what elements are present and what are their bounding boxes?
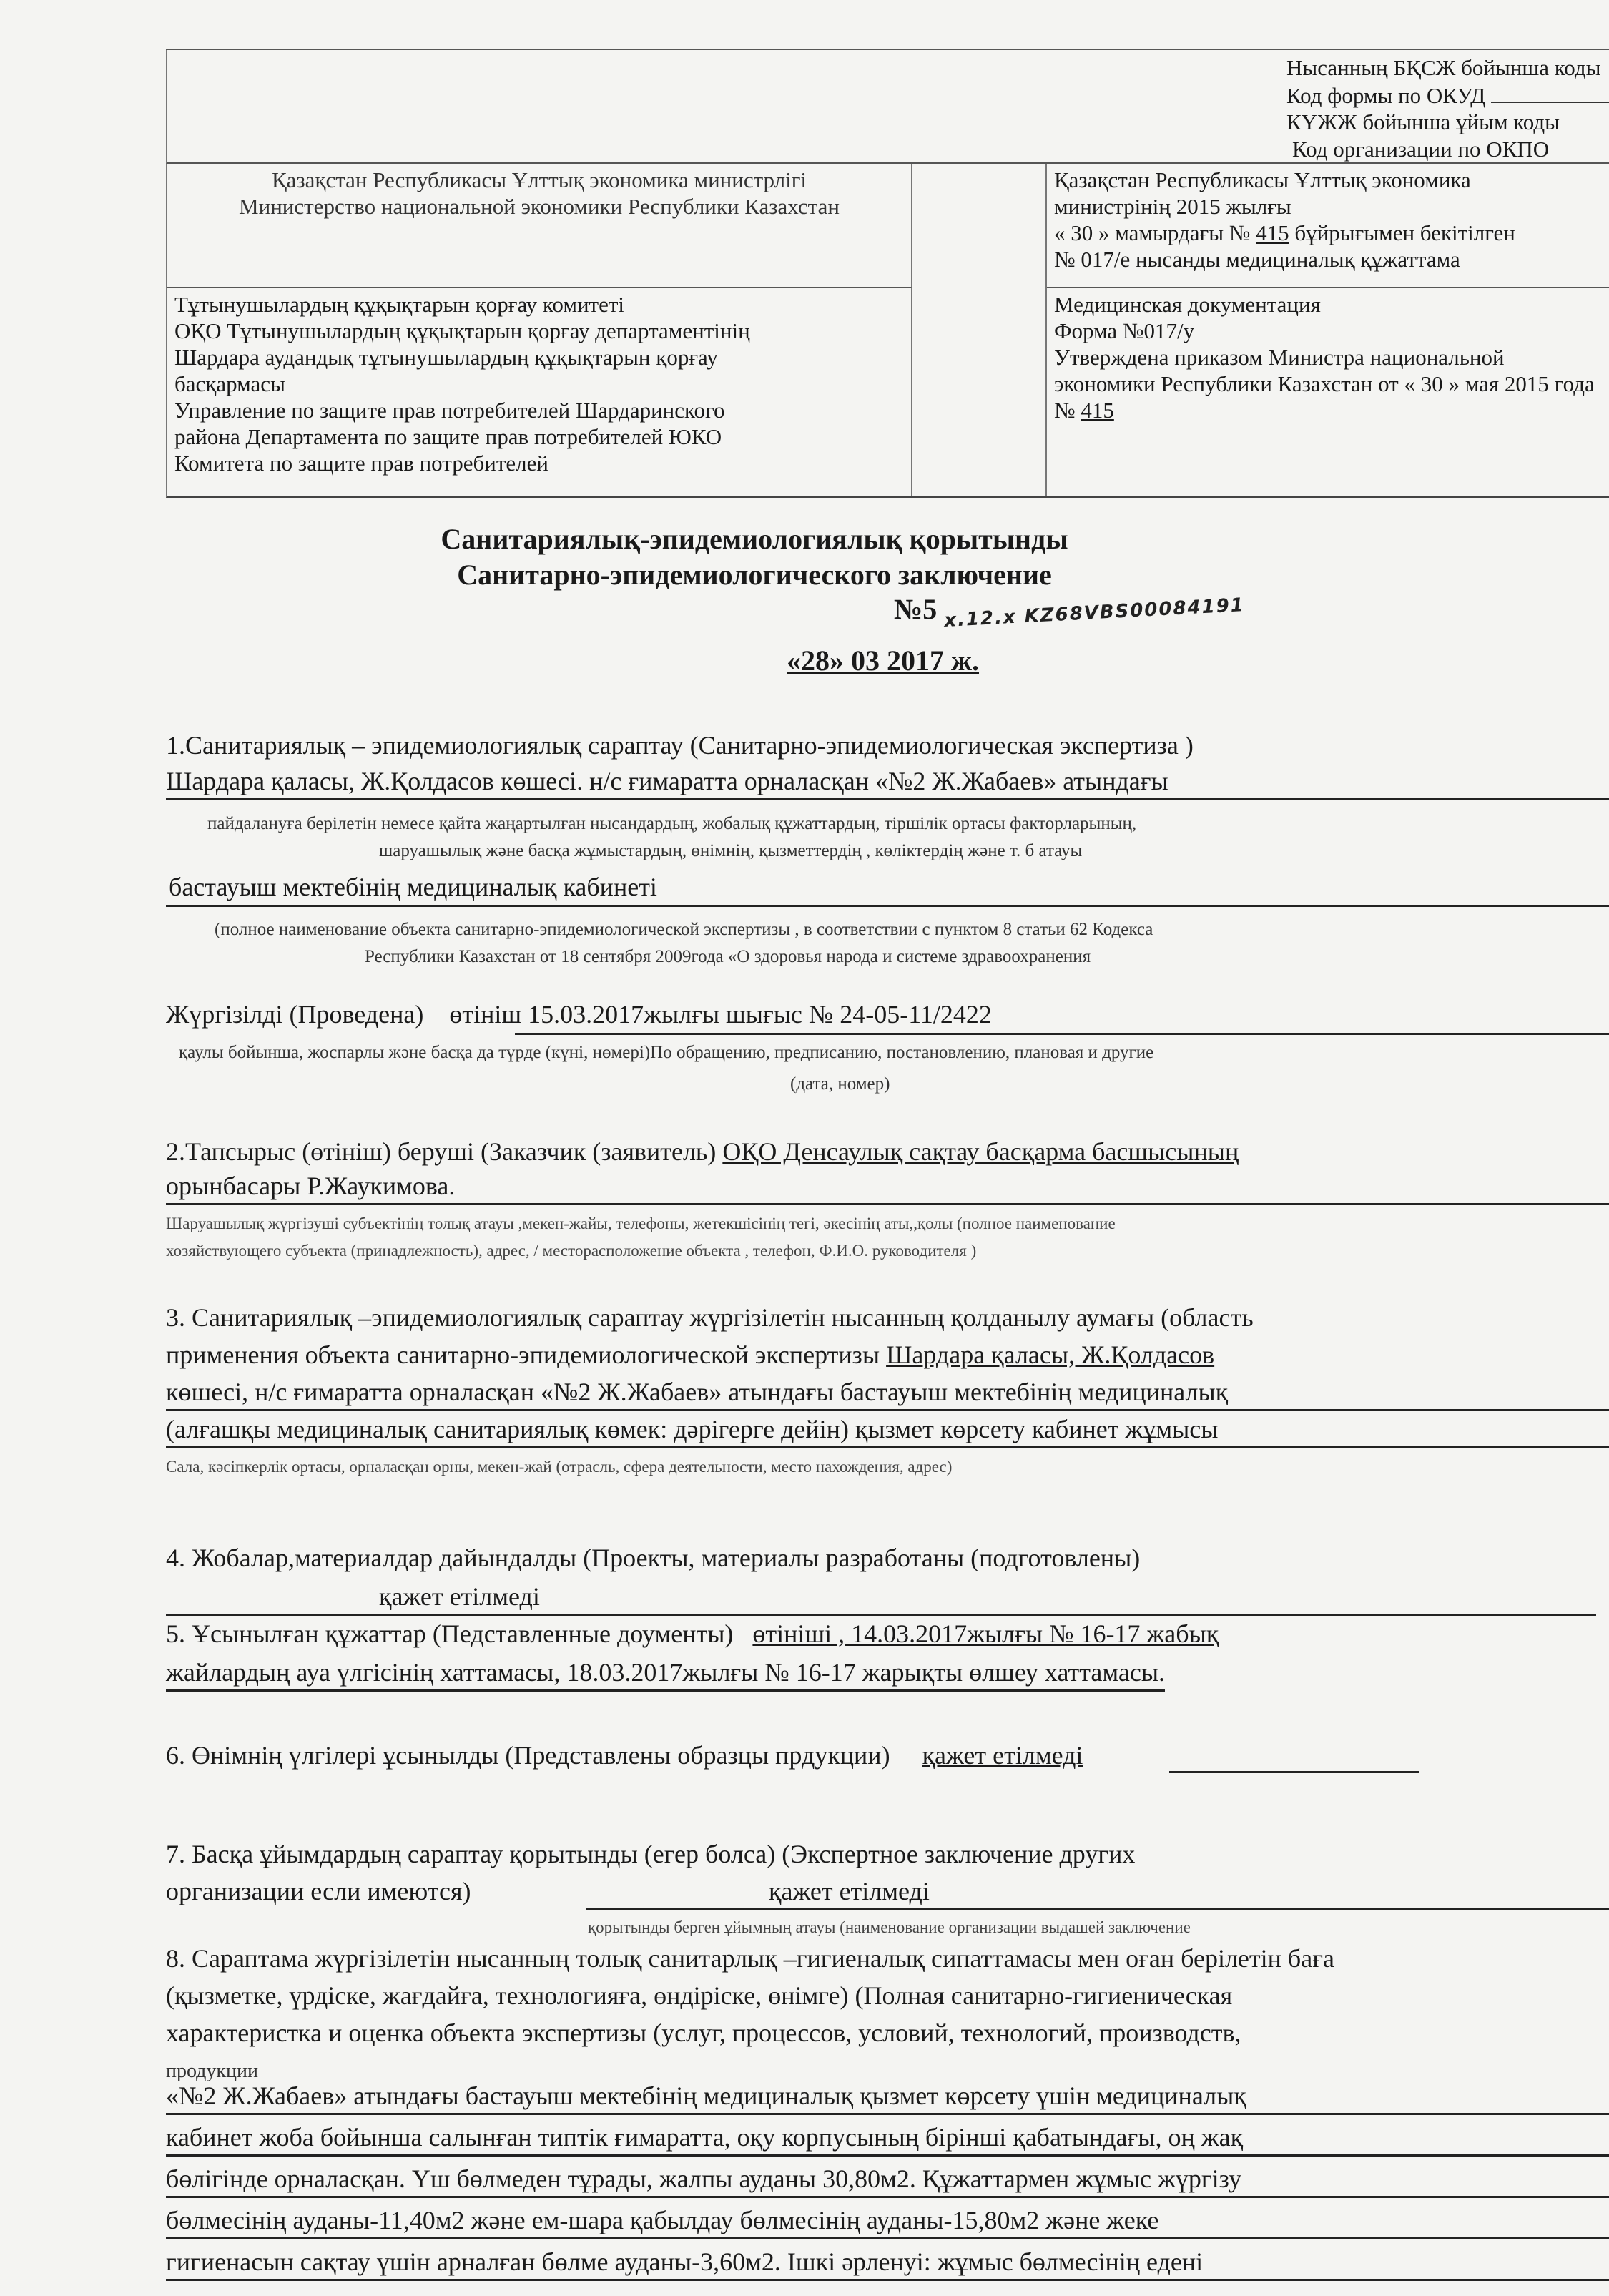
s7-value: қажет етілмеді bbox=[769, 1875, 930, 1907]
document-page: Нысанның БҚСЖ бойынша коды Код формы по … bbox=[0, 0, 1609, 2296]
s2-customer-value: ОҚО Денсаулық сақтау басқарма басшысының bbox=[722, 1137, 1239, 1166]
header-spacer-cell bbox=[912, 164, 1047, 496]
handwritten-number: x.12.x KZ68VBS00084191 bbox=[944, 594, 1246, 632]
form-number: Форма №017/у bbox=[1054, 318, 1609, 344]
s8-value-line: гигиенасын сақтау үшін арналған бөлме ау… bbox=[166, 2246, 1609, 2281]
committee-line: Управление по защите прав потребителей Ш… bbox=[174, 397, 904, 423]
s2-underline bbox=[166, 1203, 1609, 1205]
s6-label: 6. Өнімнің үлгілері ұсынылды (Представле… bbox=[166, 1741, 890, 1770]
committee-line: Шардара аудандық тұтынушылардың құқықтар… bbox=[174, 344, 904, 371]
s3-location-value: Шардара қаласы, Ж.Қолдасов bbox=[886, 1340, 1214, 1369]
approval-ru-line: Медицинская документация bbox=[1054, 291, 1609, 318]
s2-label: 2.Тапсырыс (өтініш) беруші (Заказчик (за… bbox=[166, 1137, 716, 1166]
ministry-kz: Қазақстан Республикасы Ұлттық экономика … bbox=[174, 167, 904, 193]
s7-label: организации если имеются) bbox=[166, 1877, 471, 1905]
header-table: Нысанның БҚСЖ бойынша коды Код формы по … bbox=[166, 49, 1609, 498]
s3-label: применения объекта санитарно-эпидемиолог… bbox=[166, 1340, 880, 1369]
s2-line-2: орынбасары Р.Жаукимова. bbox=[166, 1170, 455, 1202]
approval-kz-line: Қазақстан Республикасы Ұлттық экономика bbox=[1054, 167, 1609, 193]
s1-underline bbox=[166, 905, 1609, 907]
approval-kz-line: министрінің 2015 жылғы bbox=[1054, 193, 1609, 220]
code-okud: Код формы по ОКУД bbox=[1286, 83, 1485, 108]
s7-line-1: 7. Басқа ұйымдардың сараптау қорытынды (… bbox=[166, 1838, 1135, 1870]
committee-line: района Департамента по защите прав потре… bbox=[174, 423, 904, 450]
s8-value-line: «№2 Ж.Жабаев» атындағы бастауыш мектебін… bbox=[166, 2080, 1609, 2115]
s3-line-4: (алғашқы медициналық санитариялық көмек:… bbox=[166, 1413, 1609, 1448]
s3-line-2: применения объекта санитарно-эпидемиолог… bbox=[166, 1339, 1214, 1370]
code-okud-blank bbox=[1491, 82, 1609, 103]
s1-hint-1: пайдалануға берілетін немесе қайта жаңар… bbox=[207, 813, 1136, 835]
s8-line: (қызметке, үрдіске, жағдайға, технология… bbox=[166, 1980, 1232, 2011]
s3-hint: Сала, кәсіпкерлік ортасы, орналасқан орн… bbox=[166, 1456, 952, 1478]
committee-line: басқармасы bbox=[174, 371, 904, 397]
s1-object-line-2: бастауыш мектебінің медициналық кабинеті bbox=[169, 871, 657, 903]
code-bksj: Нысанның БҚСЖ бойынша коды bbox=[1286, 54, 1609, 82]
approval-ru-line: экономики Республики Казахстан от « 30 »… bbox=[1054, 371, 1609, 397]
approval-ru-line: № bbox=[1054, 398, 1076, 423]
s5-line-2: жайлардың ауа үлгісінің хаттамасы, 18.03… bbox=[166, 1657, 1165, 1692]
conducted-value: өтініш 15.03.2017жылғы шығыс № 24-05-11/… bbox=[449, 1000, 992, 1029]
document-date: «28» 03 2017 ж. bbox=[787, 644, 979, 677]
committee-line: ОҚО Тұтынушылардың құқықтарын қорғау деп… bbox=[174, 318, 904, 344]
s7-underline bbox=[586, 1908, 1609, 1910]
s6-underline bbox=[1169, 1771, 1419, 1773]
s2-line-1: 2.Тапсырыс (өтініш) беруші (Заказчик (за… bbox=[166, 1136, 1239, 1167]
ministry-ru: Министерство национальной экономики Респ… bbox=[174, 193, 904, 220]
s7-hint: қорытынды берген ұйымның атауы (наименов… bbox=[588, 1917, 1191, 1938]
s1-hint-3: (полное наименование объекта санитарно-э… bbox=[215, 918, 1153, 941]
code-kuzhzh: КҮЖЖ бойынша ұйым коды bbox=[1286, 109, 1609, 136]
committee-line: Тұтынушылардың құқықтарын қорғау комитет… bbox=[174, 291, 904, 318]
s3-line-1: 3. Санитариялық –эпидемиологиялық сарапт… bbox=[166, 1302, 1254, 1333]
s8-value-line: кабинет жоба бойынша салынған типтік ғим… bbox=[166, 2121, 1609, 2157]
s3-line-3: көшесі, н/с ғимаратта орналасқан «№2 Ж.Ж… bbox=[166, 1376, 1609, 1411]
title-kz: Санитариялық-эпидемиологиялық қорытынды bbox=[0, 522, 1559, 556]
approval-kz-cell: Қазақстан Республикасы Ұлттық экономика … bbox=[1047, 164, 1609, 288]
order-number: 415 bbox=[1256, 220, 1289, 245]
number-prefix: №5 bbox=[894, 593, 937, 625]
s1-heading: 1.Санитариялық – эпидемиологиялық сарапт… bbox=[166, 730, 1194, 761]
approval-kz-line: № 017/е нысанды медициналық құжаттама bbox=[1054, 246, 1609, 273]
s8-line: 8. Сараптама жүргізілетін нысанның толық… bbox=[166, 1943, 1334, 1974]
code-okpo: Код организации по ОКПО bbox=[1286, 136, 1609, 163]
s6-line: 6. Өнімнің үлгілері ұсынылды (Представле… bbox=[166, 1740, 1083, 1771]
s1-object-line-1: Шардара қаласы, Ж.Қолдасов көшесі. н/с ғ… bbox=[166, 765, 1609, 800]
conducted-underline bbox=[515, 1033, 1609, 1035]
form-codes: Нысанның БҚСЖ бойынша коды Код формы по … bbox=[1286, 54, 1609, 163]
s6-value: қажет етілмеді bbox=[922, 1741, 1083, 1770]
s4-value: қажет етілмеді bbox=[379, 1581, 540, 1612]
committee-line: Комитета по защите прав потребителей bbox=[174, 450, 904, 476]
title-ru: Санитарно-эпидемиологического заключение bbox=[0, 558, 1559, 592]
s5-line-1: 5. Ұсынылған құжаттар (Педставленные доу… bbox=[166, 1618, 1219, 1649]
s8-value-line: бөлмесінің ауданы-11,40м2 және ем-шара қ… bbox=[166, 2204, 1609, 2239]
ministry-cell: Қазақстан Республикасы Ұлттық экономика … bbox=[167, 164, 912, 288]
conducted-line: Жүргізілді (Проведена) өтініш 15.03.2017… bbox=[166, 999, 992, 1030]
s1-hint-2: шаруашылық және басқа жұмыстардың, өнімн… bbox=[379, 840, 1082, 863]
approval-ru-cell: Медицинская документация Форма №017/у Ут… bbox=[1047, 288, 1609, 496]
codes-row: Нысанның БҚСЖ бойынша коды Код формы по … bbox=[166, 50, 1609, 164]
s5-documents-value: өтініші , 14.03.2017жылғы № 16-17 жабық bbox=[752, 1619, 1219, 1648]
s5-label: 5. Ұсынылған құжаттар (Педставленные доу… bbox=[166, 1619, 733, 1648]
s4-underline bbox=[166, 1614, 1596, 1616]
committee-cell: Тұтынушылардың құқықтарын қорғау комитет… bbox=[167, 288, 912, 496]
order-number: 415 bbox=[1081, 398, 1114, 423]
approval-kz-line: бұйрығымен бекітілген bbox=[1294, 220, 1515, 245]
s8-value-line: бөлігінде орналасқан. Үш бөлмеден тұрады… bbox=[166, 2163, 1609, 2198]
registration-number: №5 x.12.x KZ68VBS00084191 bbox=[894, 592, 1245, 626]
conducted-hint-2: (дата, номер) bbox=[790, 1073, 890, 1096]
s2-hint-1: Шаруашылық жүргізуші субъектінің толық а… bbox=[166, 1213, 1116, 1235]
approval-kz-line: « 30 » мамырдағы № bbox=[1054, 220, 1250, 245]
s2-hint-2: хозяйствующего субъекта (принадлежность)… bbox=[166, 1240, 976, 1262]
conducted-label: Жүргізілді (Проведена) bbox=[166, 1000, 423, 1029]
conducted-hint-1: қаулы бойынша, жоспарлы және басқа да тү… bbox=[179, 1041, 1153, 1064]
approval-ru-line: Утверждена приказом Министра национально… bbox=[1054, 344, 1609, 371]
s4-line: 4. Жобалар,материалдар дайындалды (Проек… bbox=[166, 1542, 1140, 1574]
s7-line-2: организации если имеются) bbox=[166, 1875, 471, 1907]
s8-line: характеристка и оценка объекта экспертиз… bbox=[166, 2017, 1241, 2049]
s1-hint-4: Республики Казахстан от 18 сентября 2009… bbox=[365, 946, 1091, 968]
